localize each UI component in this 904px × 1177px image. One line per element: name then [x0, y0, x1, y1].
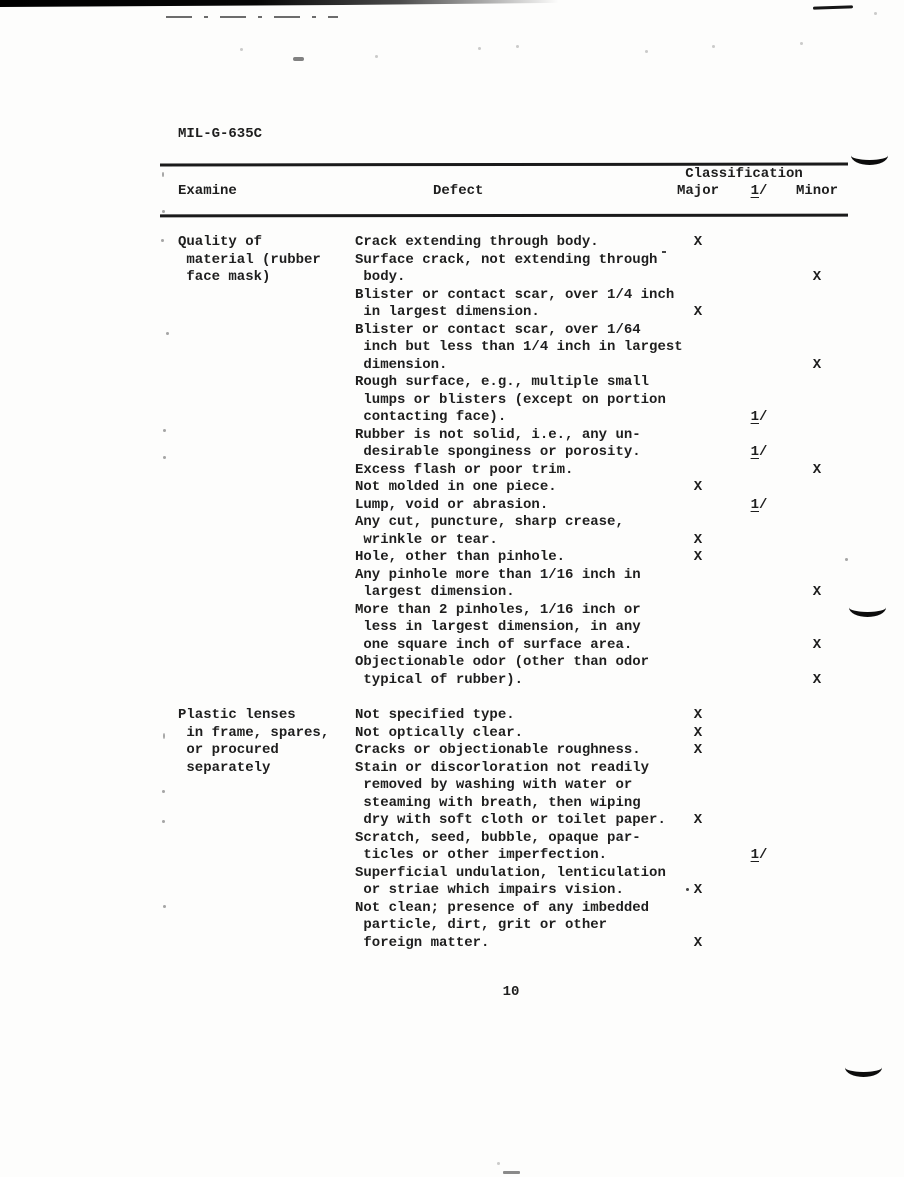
major-mark-cell	[668, 637, 728, 655]
examine-cell: Quality of	[178, 234, 355, 252]
scan-artifact-speck	[163, 456, 166, 459]
examine-cell: separately	[178, 760, 355, 778]
table-row: face mask) body.X	[178, 269, 844, 287]
ref-mark-cell	[728, 304, 790, 322]
table-row: wrinkle or tear.X	[178, 532, 844, 550]
scan-artifact-speck	[162, 790, 165, 793]
minor-mark-cell	[790, 707, 844, 725]
defect-cell: inch but less than 1/4 inch in largest	[355, 339, 668, 357]
minor-mark-cell: X	[790, 357, 844, 375]
table-row: Any pinhole more than 1/16 inch in	[178, 567, 844, 585]
examine-cell	[178, 882, 355, 900]
ref-mark-cell	[728, 252, 790, 270]
defect-cell: body.	[355, 269, 668, 287]
table-row: Scratch, seed, bubble, opaque par-	[178, 830, 844, 848]
table-row: desirable sponginess or porosity.1/	[178, 444, 844, 462]
defect-cell: Hole, other than pinhole.	[355, 549, 668, 567]
ref-mark-cell	[728, 427, 790, 445]
minor-mark-cell	[790, 760, 844, 778]
minor-mark-cell	[790, 847, 844, 865]
ref-mark-cell	[728, 654, 790, 672]
table-row: particle, dirt, grit or other	[178, 917, 844, 935]
scan-artifact-swoosh-2	[849, 598, 886, 617]
major-mark-cell	[668, 847, 728, 865]
ref-mark-cell	[728, 865, 790, 883]
minor-mark-cell	[790, 427, 844, 445]
examine-cell	[178, 374, 355, 392]
minor-mark-cell	[790, 514, 844, 532]
minor-mark-cell	[790, 374, 844, 392]
table-row: dry with soft cloth or toilet paper.X	[178, 812, 844, 830]
classification-header: Classification	[656, 166, 832, 182]
column-header-major: Major	[668, 183, 728, 201]
examine-cell	[178, 900, 355, 918]
minor-mark-cell: X	[790, 637, 844, 655]
minor-mark-cell	[790, 882, 844, 900]
scan-artifact-top-dash	[813, 5, 853, 9]
examine-cell	[178, 812, 355, 830]
major-mark-cell: X	[668, 234, 728, 252]
ref-mark-cell	[728, 234, 790, 252]
ref-mark-cell	[728, 287, 790, 305]
ref-mark-cell: 1/	[728, 497, 790, 515]
examine-cell	[178, 357, 355, 375]
ref-mark-cell	[728, 514, 790, 532]
scan-artifact-speck	[874, 12, 877, 15]
minor-mark-cell	[790, 549, 844, 567]
minor-mark-cell	[790, 725, 844, 743]
ref-mark-cell: 1/	[728, 409, 790, 427]
defect-cell: Blister or contact scar, over 1/64	[355, 322, 668, 340]
examine-cell: or procured	[178, 742, 355, 760]
examine-cell	[178, 497, 355, 515]
table-row: less in largest dimension, in any	[178, 619, 844, 637]
scan-artifact-speck	[166, 332, 169, 335]
major-mark-cell	[668, 760, 728, 778]
scan-artifact-speck	[712, 45, 715, 48]
table-row: Superficial undulation, lenticulation	[178, 865, 844, 883]
table-row: Plastic lensesNot specified type.X	[178, 707, 844, 725]
minor-mark-cell: X	[790, 584, 844, 602]
column-header-minor: Minor	[790, 183, 844, 201]
table-body: Quality ofCrack extending through body.X…	[178, 234, 844, 952]
examine-cell	[178, 567, 355, 585]
major-mark-cell	[668, 322, 728, 340]
major-mark-cell: X	[668, 532, 728, 550]
examine-cell	[178, 462, 355, 480]
defect-cell: Not molded in one piece.	[355, 479, 668, 497]
table-section: Plastic lensesNot specified type.X in fr…	[178, 707, 844, 952]
major-mark-cell	[668, 339, 728, 357]
ref-mark-cell	[728, 357, 790, 375]
scan-artifact-speck	[240, 48, 243, 51]
defect-cell: Any cut, puncture, sharp crease,	[355, 514, 668, 532]
minor-mark-cell	[790, 497, 844, 515]
minor-mark-cell	[790, 479, 844, 497]
major-mark-cell	[668, 392, 728, 410]
ref-mark-cell	[728, 777, 790, 795]
defect-cell: Stain or discorloration not readily	[355, 760, 668, 778]
examine-cell	[178, 392, 355, 410]
major-mark-cell	[668, 795, 728, 813]
scan-artifact-speck	[845, 558, 848, 561]
table-row: More than 2 pinholes, 1/16 inch or	[178, 602, 844, 620]
table-row: Rubber is not solid, i.e., any un-	[178, 427, 844, 445]
table-row: Blister or contact scar, over 1/64	[178, 322, 844, 340]
major-mark-cell	[668, 865, 728, 883]
column-header-examine: Examine	[178, 183, 355, 201]
defect-cell: Rough surface, e.g., multiple small	[355, 374, 668, 392]
ref-mark-cell	[728, 742, 790, 760]
major-mark-cell	[668, 619, 728, 637]
defect-cell: Surface crack, not extending through	[355, 252, 668, 270]
major-mark-cell	[668, 374, 728, 392]
defect-cell: Excess flash or poor trim.	[355, 462, 668, 480]
defect-cell: Objectionable odor (other than odor	[355, 654, 668, 672]
minor-mark-cell	[790, 795, 844, 813]
defect-cell: Superficial undulation, lenticulation	[355, 865, 668, 883]
scan-artifact-bottom-dash	[503, 1171, 520, 1174]
major-mark-cell	[668, 602, 728, 620]
ref-mark-cell	[728, 935, 790, 953]
major-mark-cell	[668, 497, 728, 515]
minor-mark-cell	[790, 392, 844, 410]
defect-cell: ticles or other imperfection.	[355, 847, 668, 865]
major-mark-cell: X	[668, 935, 728, 953]
ref-mark-cell	[728, 532, 790, 550]
major-mark-cell	[668, 654, 728, 672]
table-row: contacting face).1/	[178, 409, 844, 427]
examine-cell	[178, 917, 355, 935]
defect-cell: dimension.	[355, 357, 668, 375]
defect-cell: or striae which impairs vision.	[355, 882, 668, 900]
table-row: foreign matter.X	[178, 935, 844, 953]
defect-cell: Not specified type.	[355, 707, 668, 725]
examine-cell: in frame, spares,	[178, 725, 355, 743]
minor-mark-cell	[790, 865, 844, 883]
ref-mark-cell	[728, 725, 790, 743]
examine-cell	[178, 795, 355, 813]
table-row: inch but less than 1/4 inch in largest	[178, 339, 844, 357]
examine-cell	[178, 602, 355, 620]
table-row: Excess flash or poor trim.X	[178, 462, 844, 480]
defect-cell: one square inch of surface area.	[355, 637, 668, 655]
scan-artifact-swoosh-3	[845, 1058, 882, 1077]
scan-artifact-speck	[163, 429, 166, 432]
major-mark-cell: X	[668, 812, 728, 830]
defect-cell: Any pinhole more than 1/16 inch in	[355, 567, 668, 585]
defect-cell: Crack extending through body.	[355, 234, 668, 252]
major-mark-cell: X	[668, 725, 728, 743]
minor-mark-cell: X	[790, 462, 844, 480]
defect-cell: Cracks or objectionable roughness.	[355, 742, 668, 760]
defect-cell: less in largest dimension, in any	[355, 619, 668, 637]
defect-cell: largest dimension.	[355, 584, 668, 602]
table-row: lumps or blisters (except on portion	[178, 392, 844, 410]
column-header-ref: 1/	[728, 183, 790, 201]
major-mark-cell	[668, 462, 728, 480]
table-row: steaming with breath, then wiping	[178, 795, 844, 813]
scan-artifact-speck	[800, 42, 803, 45]
minor-mark-cell	[790, 830, 844, 848]
defect-cell: desirable sponginess or porosity.	[355, 444, 668, 462]
table-rule-header-bottom	[160, 214, 848, 217]
defect-cell: foreign matter.	[355, 935, 668, 953]
major-mark-cell: X	[668, 742, 728, 760]
ref-mark-cell	[728, 882, 790, 900]
major-mark-cell: X	[668, 549, 728, 567]
minor-mark-cell	[790, 812, 844, 830]
table-row: dimension.X	[178, 357, 844, 375]
scan-artifact-speck	[162, 820, 165, 823]
table-row: Any cut, puncture, sharp crease,	[178, 514, 844, 532]
minor-mark-cell	[790, 900, 844, 918]
scan-artifact-speck	[375, 55, 378, 58]
minor-mark-cell: X	[790, 269, 844, 287]
table-row: in frame, spares,Not optically clear.X	[178, 725, 844, 743]
table-row: Not clean; presence of any imbedded	[178, 900, 844, 918]
table-row: separatelyStain or discorloration not re…	[178, 760, 844, 778]
examine-cell	[178, 847, 355, 865]
table-row: largest dimension.X	[178, 584, 844, 602]
ref-mark-cell: 1/	[728, 444, 790, 462]
minor-mark-cell	[790, 777, 844, 795]
scan-artifact-top-strip	[0, 0, 570, 7]
scan-artifact-speck	[162, 172, 164, 177]
minor-mark-cell	[790, 619, 844, 637]
minor-mark-cell	[790, 654, 844, 672]
ref-mark-cell	[728, 760, 790, 778]
minor-mark-cell	[790, 742, 844, 760]
minor-mark-cell	[790, 532, 844, 550]
ref-mark-cell	[728, 567, 790, 585]
scan-artifact-speck	[163, 905, 166, 908]
ref-mark-cell	[728, 795, 790, 813]
table-row: or procuredCracks or objectionable rough…	[178, 742, 844, 760]
examine-cell	[178, 619, 355, 637]
minor-mark-cell: X	[790, 672, 844, 690]
ref-mark-cell	[728, 830, 790, 848]
defect-cell: Not optically clear.	[355, 725, 668, 743]
minor-mark-cell	[790, 567, 844, 585]
scan-artifact-dashdot-line	[166, 16, 338, 18]
table-row: ticles or other imperfection.1/	[178, 847, 844, 865]
minor-mark-cell	[790, 444, 844, 462]
scan-artifact-speck	[645, 50, 648, 53]
scan-artifact-speck	[516, 45, 519, 48]
table-row: or striae which impairs vision.X	[178, 882, 844, 900]
minor-mark-cell	[790, 322, 844, 340]
examine-cell	[178, 287, 355, 305]
table-row: removed by washing with water or	[178, 777, 844, 795]
major-mark-cell	[668, 514, 728, 532]
minor-mark-cell	[790, 602, 844, 620]
examine-cell	[178, 427, 355, 445]
ref-mark-cell	[728, 339, 790, 357]
document-page: MIL-G-635C Classification Examine Defect…	[0, 0, 904, 1177]
major-mark-cell: X	[668, 479, 728, 497]
major-mark-cell	[668, 427, 728, 445]
examine-cell	[178, 304, 355, 322]
table-section: Quality ofCrack extending through body.X…	[178, 234, 844, 689]
ref-mark-cell	[728, 637, 790, 655]
examine-cell	[178, 322, 355, 340]
major-mark-cell	[668, 269, 728, 287]
table-row: Quality ofCrack extending through body.X	[178, 234, 844, 252]
defect-cell: typical of rubber).	[355, 672, 668, 690]
ref-mark-cell	[728, 900, 790, 918]
major-mark-cell	[668, 584, 728, 602]
scan-artifact-speck	[478, 47, 481, 50]
scan-artifact-speck	[162, 210, 165, 213]
ref-mark-cell	[728, 707, 790, 725]
examine-cell	[178, 549, 355, 567]
defect-cell: in largest dimension.	[355, 304, 668, 322]
examine-cell	[178, 339, 355, 357]
ref-mark-cell	[728, 462, 790, 480]
ref-mark-cell	[728, 619, 790, 637]
minor-mark-cell	[790, 339, 844, 357]
ref-mark-cell	[728, 322, 790, 340]
defect-cell: contacting face).	[355, 409, 668, 427]
major-mark-cell	[668, 830, 728, 848]
examine-cell	[178, 409, 355, 427]
major-mark-cell	[668, 567, 728, 585]
examine-cell	[178, 672, 355, 690]
defect-cell: Scratch, seed, bubble, opaque par-	[355, 830, 668, 848]
ref-mark-cell	[728, 812, 790, 830]
minor-mark-cell	[790, 304, 844, 322]
ref-mark-cell	[728, 549, 790, 567]
examine-cell	[178, 532, 355, 550]
minor-mark-cell	[790, 234, 844, 252]
scan-artifact-smudge	[293, 57, 304, 61]
defect-cell: wrinkle or tear.	[355, 532, 668, 550]
major-mark-cell	[668, 409, 728, 427]
table-row: Not molded in one piece.X	[178, 479, 844, 497]
column-header-row: Examine Defect Major 1/ Minor	[178, 183, 844, 201]
defect-cell: steaming with breath, then wiping	[355, 795, 668, 813]
examine-cell	[178, 654, 355, 672]
table-row: Hole, other than pinhole.X	[178, 549, 844, 567]
major-mark-cell: X	[668, 707, 728, 725]
minor-mark-cell	[790, 287, 844, 305]
scan-artifact-speck	[497, 1162, 500, 1165]
examine-cell	[178, 514, 355, 532]
column-header-defect: Defect	[355, 183, 668, 201]
defect-cell: removed by washing with water or	[355, 777, 668, 795]
table-row: in largest dimension.X	[178, 304, 844, 322]
major-mark-cell	[668, 357, 728, 375]
table-row: material (rubberSurface crack, not exten…	[178, 252, 844, 270]
defect-cell: Blister or contact scar, over 1/4 inch	[355, 287, 668, 305]
major-mark-cell	[668, 444, 728, 462]
examine-cell	[178, 830, 355, 848]
defect-cell: particle, dirt, grit or other	[355, 917, 668, 935]
examine-cell: material (rubber	[178, 252, 355, 270]
major-mark-cell	[668, 777, 728, 795]
table-row: Objectionable odor (other than odor	[178, 654, 844, 672]
examine-cell: Plastic lenses	[178, 707, 355, 725]
ref-mark-cell	[728, 584, 790, 602]
ref-mark-cell: 1/	[728, 847, 790, 865]
examine-cell	[178, 479, 355, 497]
major-mark-cell	[668, 672, 728, 690]
table-row: Lump, void or abrasion.1/	[178, 497, 844, 515]
defect-cell: More than 2 pinholes, 1/16 inch or	[355, 602, 668, 620]
ref-mark-cell	[728, 374, 790, 392]
defect-cell: Not clean; presence of any imbedded	[355, 900, 668, 918]
table-row: typical of rubber).X	[178, 672, 844, 690]
ref-mark-cell	[728, 917, 790, 935]
examine-cell	[178, 935, 355, 953]
defect-cell: dry with soft cloth or toilet paper.	[355, 812, 668, 830]
major-mark-cell: X	[668, 882, 728, 900]
scan-artifact-swoosh-1	[851, 146, 888, 165]
major-mark-cell	[668, 287, 728, 305]
examine-cell	[178, 637, 355, 655]
table-row: Rough surface, e.g., multiple small	[178, 374, 844, 392]
table-row: one square inch of surface area.X	[178, 637, 844, 655]
minor-mark-cell	[790, 409, 844, 427]
minor-mark-cell	[790, 252, 844, 270]
doc-number: MIL-G-635C	[178, 126, 262, 142]
major-mark-cell	[668, 252, 728, 270]
ref-mark-cell	[728, 479, 790, 497]
major-mark-cell	[668, 917, 728, 935]
major-mark-cell	[668, 900, 728, 918]
defect-cell: lumps or blisters (except on portion	[355, 392, 668, 410]
ref-mark-cell	[728, 602, 790, 620]
ref-mark-cell	[728, 392, 790, 410]
defect-cell: Lump, void or abrasion.	[355, 497, 668, 515]
defect-cell: Rubber is not solid, i.e., any un-	[355, 427, 668, 445]
examine-cell	[178, 865, 355, 883]
ref-mark-cell	[728, 672, 790, 690]
scan-artifact-speck	[161, 239, 164, 242]
table-row: Blister or contact scar, over 1/4 inch	[178, 287, 844, 305]
examine-cell	[178, 584, 355, 602]
minor-mark-cell	[790, 917, 844, 935]
scan-artifact-speck	[163, 733, 165, 739]
major-mark-cell: X	[668, 304, 728, 322]
ref-mark-cell	[728, 269, 790, 287]
examine-cell	[178, 777, 355, 795]
examine-cell: face mask)	[178, 269, 355, 287]
minor-mark-cell	[790, 935, 844, 953]
page-number: 10	[178, 984, 844, 1000]
examine-cell	[178, 444, 355, 462]
